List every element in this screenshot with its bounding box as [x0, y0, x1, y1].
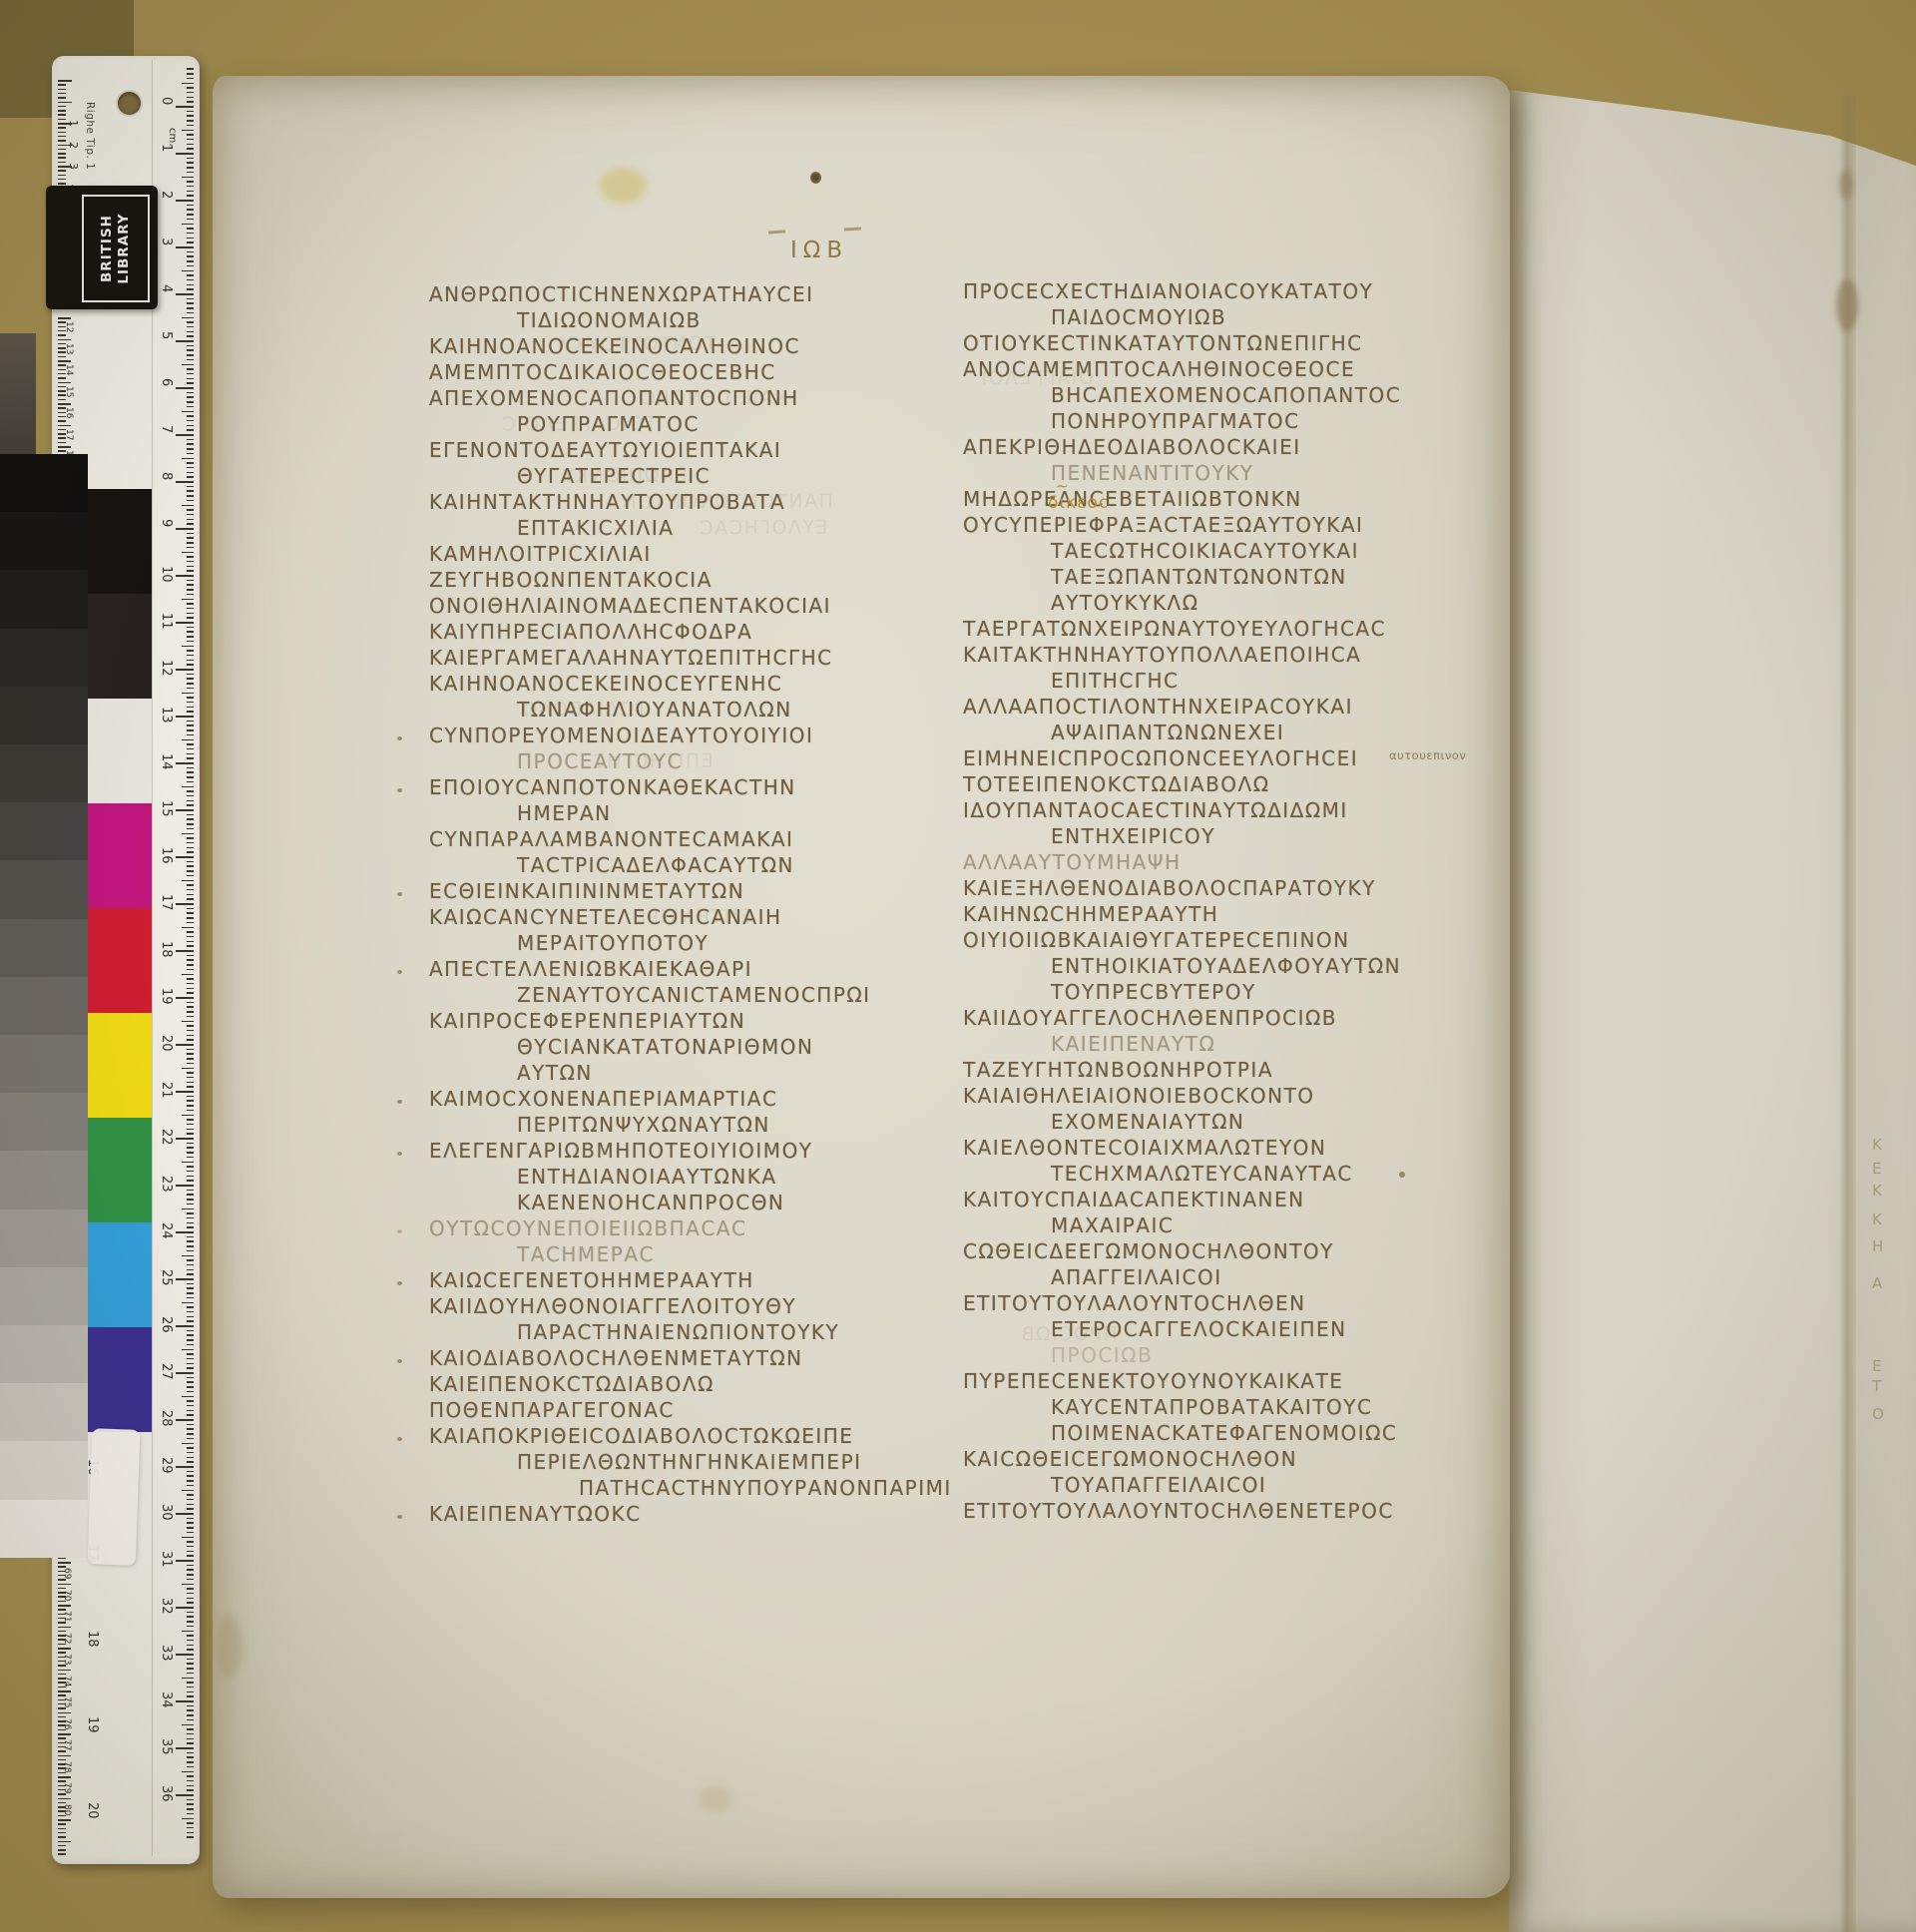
- grayscale-step: [0, 802, 88, 860]
- grayscale-step: [0, 744, 88, 802]
- text-column-right: ΠΡΟCΕCΧΕCΤΗΔΙΑΝΟΙΑCΟΥΚΑΤΑΤΟΥΠΑΙΔΟCΜΟΥΙΩΒ…: [963, 279, 1401, 1525]
- ruler-tick: [187, 861, 194, 863]
- ruler-tick: [187, 1799, 194, 1801]
- edge-letter: Η: [1872, 1237, 1883, 1255]
- ruler-tick: [187, 186, 194, 188]
- ruler-tick: [187, 349, 194, 351]
- text-line: ΠΥΡΕΠΕCΕΝΕΚΤΟΥΟΥΝΟΥΚΑΙΚΑΤΕ: [963, 1369, 1401, 1395]
- text-line: ΚΑΙΥΠΗΡΕCΙΑΠΟΛΛΗCΦΟΔΡΑ: [429, 620, 952, 646]
- ruler-tick: [182, 1443, 194, 1445]
- ruler-tick: [187, 1424, 194, 1426]
- ruler-tick: [187, 1508, 194, 1510]
- text-line: ΤΑΖΕΥΓΗΤΩΝΒΟΩΝΗΡΟΤΡΙΑ: [963, 1058, 1401, 1084]
- ruler-tick: [58, 1823, 66, 1825]
- ruler-number: 16: [159, 847, 174, 864]
- ruler-tick: [187, 514, 194, 516]
- ruler-tick: [187, 1471, 194, 1473]
- ruler-tick: [187, 533, 194, 535]
- text-line: ΤΑΕCΩΤΗCΟΙΚΙΑCΑΥΤΟΥΚΑΙ: [963, 539, 1401, 565]
- text-line: ΕΛΕΓΕΝΓΑΡΙΩΒΜΗΠΟΤΕΟΙΥΙΟΙΜΟΥ: [429, 1139, 952, 1165]
- ruler-tick: [176, 1278, 194, 1280]
- text-line: ΕΝΤΗΔΙΑΝΟΙΑΑΥΤΩΝΚΑ: [429, 1165, 952, 1191]
- text-line: ΚΑΙCΩΘΕΙCΕΓΩΜΟΝΟCΗΛΘΟΝ: [963, 1447, 1401, 1473]
- ruler-tick: [187, 1259, 194, 1261]
- ruler-tick: [187, 1400, 194, 1402]
- color-patch-red: [88, 908, 152, 1013]
- ruler-tick: [176, 200, 194, 202]
- ruler-tick: [187, 1297, 194, 1299]
- ruler-tick: [187, 1306, 194, 1308]
- ruler-tick: [187, 1105, 194, 1107]
- ruler-tick: [187, 988, 194, 990]
- ruler-tick: [187, 298, 194, 300]
- ruler-tick: [187, 767, 194, 769]
- paragraphos-dot: [397, 1229, 402, 1233]
- ruler-number: 70: [62, 1590, 72, 1601]
- ruler-tick: [187, 1428, 194, 1430]
- ruler-tick: [187, 265, 194, 267]
- ruler-tick: [187, 1344, 194, 1346]
- ruler-tick: [187, 238, 194, 240]
- text-line: ΚΑΙΑΙΘΗΛΕΙΑΙΟΝΟΙΕΒΟCΚΟΝΤΟ: [963, 1084, 1401, 1110]
- ruler-tick: [187, 139, 194, 141]
- ruler-tick: [187, 702, 194, 704]
- ruler-tick: [182, 364, 194, 366]
- ruler-tick: [187, 101, 194, 103]
- ruler-tick: [187, 894, 194, 896]
- ruler-tick: [187, 382, 194, 384]
- ruler-tick: [187, 1775, 194, 1777]
- ruler-tick: [176, 434, 194, 436]
- ruler-tick: [187, 1353, 194, 1355]
- ruler-tick: [187, 92, 194, 94]
- paragraphos-dot: [397, 1152, 402, 1156]
- text-line: ΑΥΤΩΝ: [429, 1061, 952, 1087]
- ruler-tick: [58, 1733, 71, 1735]
- ruler-tick: [187, 500, 194, 502]
- ruler-tick: [187, 1733, 194, 1735]
- grayscale-step: [0, 570, 88, 628]
- ruler-number: 2: [67, 142, 80, 149]
- text-line: ΕΓΕΝΟΝΤΟΔΕΑΥΤΩΥΙΟΙΕΠΤΑΚΑΙ: [429, 438, 952, 464]
- ruler-tick: [187, 1602, 194, 1604]
- ruler-tick: [58, 1690, 71, 1692]
- text-line: ΖΕΥΓΗΒΟΩΝΠΕΝΤΑΚΟCΙΑ: [429, 568, 952, 594]
- ruler-tick: [58, 132, 66, 134]
- ruler-tick: [187, 1339, 194, 1341]
- photograph-of-manuscript: { "manuscript": { "title": "ΙΩΒ", "margi…: [0, 0, 1916, 1932]
- ruler-tick: [187, 241, 194, 243]
- ruler-tick: [187, 453, 194, 455]
- paragraphos-dot: [397, 1281, 402, 1285]
- paragraphos-dot: [397, 892, 402, 896]
- ruler-tick: [187, 1292, 194, 1294]
- ruler-tick: [187, 1555, 194, 1557]
- ruler-tick: [187, 1738, 194, 1740]
- ruler-number: 31: [159, 1551, 174, 1568]
- ruler-tick: [187, 818, 194, 820]
- ruler-tick: [187, 1687, 194, 1689]
- ruler-tick: [58, 1584, 71, 1586]
- ruler-tick: [187, 326, 194, 328]
- ruler-tick: [187, 1217, 194, 1219]
- ruler-tick: [187, 1522, 194, 1524]
- text-line: ΑΝΟCΑΜΕΜΠΤΟCΑΛΗΘΙΝΟCΘΕΟCΕ: [963, 357, 1401, 383]
- ruler-tick: [187, 1574, 194, 1576]
- ruler-tick: [187, 1766, 194, 1768]
- ruler-tick: [187, 1612, 194, 1614]
- ruler-tick: [187, 1110, 194, 1112]
- ruler-tick: [58, 102, 72, 104]
- ruler-tick: [187, 1250, 194, 1252]
- ruler-tick: [187, 284, 194, 286]
- grayscale-step: [0, 1035, 88, 1093]
- ruler-tick: [187, 354, 194, 356]
- text-line: ΤΩΝΑΦΗΛΙΟΥΑΝΑΤΟΛΩΝ: [429, 698, 952, 724]
- paragraphos-dot: [397, 1359, 402, 1363]
- text-line: ΑΜΕΜΠΤΟCΔΙΚΑΙΟCΘΕΟCΕΒΗC: [429, 360, 952, 386]
- ruler-tick: [187, 641, 194, 643]
- ruler-number: 11: [159, 613, 174, 630]
- ruler-number: 76: [62, 1718, 72, 1729]
- ruler-number: 13: [64, 343, 74, 354]
- gutter-fold: [1840, 96, 1856, 1932]
- grayscale-step: [0, 1267, 88, 1325]
- ruler-tick: [58, 1670, 71, 1672]
- text-line: ΟΝΟΙΘΗΛΙΑΙΝΟΜΑΔΕCΠΕΝΤΑΚΟCΙΑΙ: [429, 594, 952, 620]
- ruler-tick: [176, 997, 194, 999]
- ruler-tick: [58, 140, 66, 142]
- ruler-tick: [58, 1828, 66, 1830]
- ruler-tick: [187, 1273, 194, 1275]
- ruler-tick: [187, 415, 194, 417]
- ruler-tick: [187, 1176, 194, 1178]
- ruler-tick: [182, 1396, 194, 1398]
- ruler-tick: [187, 1475, 194, 1477]
- text-line: ΚΑΙΜΟCΧΟΝΕΝΑΠΕΡΙΑΜΑΡΤΙΑC: [429, 1087, 952, 1113]
- ruler-tick: [187, 1212, 194, 1214]
- ruler-number: 16: [64, 407, 74, 418]
- ruler-tick: [187, 1663, 194, 1665]
- color-patch-green: [88, 1118, 152, 1222]
- ruler-tick: [187, 1461, 194, 1463]
- ruler-tick: [182, 927, 194, 929]
- ruler-tick: [187, 1714, 194, 1716]
- paragraphos-dot: [397, 736, 402, 740]
- ruler-tick: [187, 1377, 194, 1379]
- ruler-tick: [187, 1147, 194, 1149]
- paragraphos-dot: [397, 1515, 402, 1519]
- ruler-tick: [58, 334, 66, 336]
- ruler-number: 20: [85, 1802, 100, 1819]
- ruler-tick: [187, 1485, 194, 1487]
- ruler-number: 12: [64, 321, 74, 332]
- ruler-tick: [187, 800, 194, 802]
- text-line: CΥΝΠΟΡΕΥΟΜΕΝΟΙΔΕΑΥΤΟΥΟΙΥΙΟΙ: [429, 724, 952, 749]
- ruler-tick: [187, 636, 194, 638]
- ruler-tick: [187, 650, 194, 652]
- ruler-tick: [187, 1180, 194, 1182]
- ruler-tick: [58, 157, 66, 159]
- ruler-tick: [187, 1499, 194, 1501]
- ruler-tick: [58, 382, 71, 384]
- ruler-tick: [187, 931, 194, 933]
- text-line: ΤΑCΤΡΙCΑΔΕΛΦΑCΑΥΤΩΝ: [429, 853, 952, 879]
- ruler-tick: [187, 1100, 194, 1102]
- text-line: ΒΗCΑΠΕΧΟΜΕΝΟCΑΠΟΠΑΝΤΟC: [963, 383, 1401, 409]
- ruler-tick: [187, 439, 194, 441]
- text-line: ΗΜΕΡΑΝ: [429, 801, 952, 827]
- ruler-tick: [176, 481, 194, 483]
- label-text: BRITISH LIBRARY: [84, 197, 148, 300]
- grayscale-step: [0, 629, 88, 687]
- ruler-tick: [187, 969, 194, 971]
- ruler-tick: [182, 1255, 194, 1257]
- ruler-tick: [187, 1245, 194, 1247]
- ruler-tick: [187, 922, 194, 924]
- ruler-tick: [176, 1372, 194, 1374]
- ruler-tick: [187, 486, 194, 488]
- ruler-tick: [187, 1695, 194, 1697]
- ruler-number: 2: [159, 191, 174, 199]
- yellow-stain: [599, 168, 647, 204]
- text-line: ΚΑΙΕΞΗΛΘΕΝΟΔΙΑΒΟΛΟCΠΑΡΑΤΟΥΚΥ: [963, 876, 1401, 902]
- ruler-tick: [187, 476, 194, 478]
- ruler-tick: [187, 664, 194, 666]
- text-line: ΑΥΤΟΥΚΥΚΛΩ: [963, 591, 1401, 617]
- ruler-tick: [187, 1330, 194, 1332]
- ruler-tick: [58, 170, 66, 172]
- ruler-number: 74: [62, 1676, 72, 1687]
- ruler-tick: [187, 1565, 194, 1567]
- ruler-tick: [187, 1668, 194, 1670]
- text-line: ΤΑΕΞΩΠΑΝΤΩΝΤΩΝΟΝΤΩΝ: [963, 565, 1401, 591]
- ruler-tick: [187, 660, 194, 662]
- ruler-tick: [187, 1391, 194, 1393]
- text-line: ΠΑΤΗCΑCΤΗΝΥΠΟΥΡΑΝΟΝΠΑΡΙΜΙ: [429, 1476, 952, 1502]
- ruler-tick: [187, 181, 194, 183]
- text-line: ΟΥCΥΠΕΡΙΕΦΡΑΞΑCΤΑΕΞΩΑΥΤΟΥΚΑΙ: [963, 513, 1401, 539]
- ruler-tick: [187, 955, 194, 957]
- ruler-tick: [187, 1236, 194, 1238]
- ruler-tick: [187, 260, 194, 262]
- ruler-tick: [176, 1138, 194, 1140]
- ruler-tick: [187, 627, 194, 629]
- ruler-tick: [187, 87, 194, 89]
- ruler-tick: [187, 837, 194, 839]
- text-line: ΕΤΙΤΟΥΤΟΥΛΑΛΟΥΝΤΟCΗΛΘΕΝΕΤΕΡΟC: [963, 1499, 1401, 1525]
- ruler-tick: [58, 1836, 66, 1838]
- ruler-tick: [187, 392, 194, 394]
- color-patch-magenta: [88, 803, 152, 908]
- ruler-tick: [187, 776, 194, 778]
- ruler-number: 15: [64, 386, 74, 397]
- ruler-number: 24: [159, 1222, 174, 1239]
- ruler-tick: [58, 317, 71, 319]
- ruler-tick: [182, 739, 194, 741]
- ruler-tick: [187, 495, 194, 497]
- ruler-tick: [182, 1771, 194, 1773]
- ruler-tick: [187, 1709, 194, 1711]
- grayscale-step: [0, 512, 88, 570]
- text-line: ΤΟΥΑΠΑΓΓΕΙΛΑΙCΟΙ: [963, 1473, 1401, 1499]
- ruler-tick: [58, 80, 72, 82]
- ruler-tick: [187, 1719, 194, 1721]
- ruler-tick: [187, 251, 194, 253]
- ruler-tick: [187, 1803, 194, 1805]
- text-line: ΤΕCΗΧΜΑΛΩΤΕΥCΑΝΑΥΤΑC: [963, 1162, 1401, 1188]
- ruler-tick: [182, 83, 194, 85]
- text-line: ΟΥΤΩCΟΥΝΕΠΟΙΕΙΙΩΒΠΑCΑC: [429, 1216, 952, 1242]
- ruler-tick: [176, 1513, 194, 1515]
- ruler-tick: [187, 547, 194, 549]
- ruler-tick: [187, 678, 194, 680]
- ruler-number: 3: [159, 238, 174, 245]
- ruler-tick: [182, 1678, 194, 1680]
- text-line: ΠΑΙΔΟCΜΟΥΙΩΒ: [963, 305, 1401, 331]
- ruler-tick: [58, 339, 71, 341]
- ruler-tick: [187, 617, 194, 619]
- ruler-tick: [187, 1072, 194, 1074]
- ruler-tick: [187, 566, 194, 568]
- ruler-tick: [182, 1302, 194, 1304]
- ruler-tick: [176, 622, 194, 624]
- ruler-tick: [187, 1433, 194, 1435]
- ruler-tick: [187, 898, 194, 900]
- blank-sticker: [88, 1428, 141, 1566]
- ruler-tick: [176, 669, 194, 671]
- ruler-tick: [187, 1204, 194, 1206]
- paragraphos-dot: [397, 1100, 402, 1104]
- ruler-tick: [58, 420, 66, 422]
- ruler-tick: [182, 1021, 194, 1023]
- ruler-tick: [58, 136, 66, 138]
- text-line: ΟΙΥΙΟΙΙΩΒΚΑΙΑΙΘΥΓΑΤΕΡΕCΕΠΙΝΟΝ: [963, 928, 1401, 954]
- ruler-tick: [187, 1363, 194, 1365]
- ruler-tick: [187, 1593, 194, 1595]
- text-line: ΚΑΙΩCΑΝCΥΝΕΤΕΛΕCΘΗCΑΝΑΙΗ: [429, 905, 952, 931]
- ruler-tick: [187, 724, 194, 726]
- edge-letter: Τ: [1872, 1377, 1881, 1395]
- text-line: ΚΑΕΝΕΝΟΗCΑΝΠΡΟCΘΝ: [429, 1191, 952, 1216]
- ruler-tick: [187, 734, 194, 736]
- ruler-tick: [187, 255, 194, 257]
- ruler-tick: [187, 936, 194, 938]
- ruler-tick: [187, 1035, 194, 1037]
- ruler-number: 33: [159, 1645, 174, 1662]
- ruler-tick: [187, 1194, 194, 1196]
- ruler-tick: [187, 1785, 194, 1787]
- ruler-tick: [187, 1025, 194, 1027]
- text-line: ΜΑΧΑΙΡΑΙC: [963, 1213, 1401, 1239]
- ruler-tick: [187, 753, 194, 755]
- text-line: ΚΑΙΕΡΓΑΜΕΓΑΛΑΗΝΑΥΤΩΕΠΙΤΗCΓΗC: [429, 646, 952, 672]
- ruler-tick: [187, 1546, 194, 1548]
- ruler-tick: [187, 420, 194, 422]
- ruler-tick: [187, 908, 194, 910]
- ruler-tick: [187, 1705, 194, 1707]
- ruler-tick: [187, 396, 194, 398]
- ruler-tick: [187, 851, 194, 853]
- ruler-tick: [187, 959, 194, 961]
- text-line: ΡΟΥΠΡΑΓΜΑΤΟC: [429, 412, 952, 438]
- ruler-tick: [187, 941, 194, 943]
- ruler-tick: [187, 1480, 194, 1482]
- ruler-number: 19: [159, 988, 174, 1005]
- text-line: ΚΑΙΙΔΟΥΗΛΘΟΝΟΙΑΓΓΕΛΟΙΤΟΥΘΥ: [429, 1294, 952, 1320]
- ruler-tick: [187, 1006, 194, 1008]
- ruler-tick: [187, 743, 194, 745]
- ruler-tick: [187, 401, 194, 403]
- ruler-number: 18: [85, 1631, 100, 1648]
- ruler-tick: [176, 1419, 194, 1421]
- ruler-tick: [187, 1541, 194, 1543]
- ruler-tick: [187, 68, 194, 70]
- ruler-tick: [58, 127, 66, 129]
- ruler-tick: [187, 1119, 194, 1121]
- text-line: ΕΤΙΤΟΥΤΟΥΛΑΛΟΥΝΤΟCΗΛΘΕΝ: [963, 1291, 1401, 1317]
- ruler-tick: [187, 1836, 194, 1838]
- ruler-tick: [182, 880, 194, 882]
- ruler-tick: [176, 153, 194, 155]
- ruler-tick: [176, 1654, 194, 1656]
- text-line: ΑΝΘΡΩΠΟCΤΙCΗΝΕΝΧΩΡΑΤΗΑΥCΕΙ: [429, 282, 952, 308]
- text-line: ΚΑΙΗΝΤΑΚΤΗΝΗΑΥΤΟΥΠΡΟΒΑΤΑ: [429, 490, 952, 516]
- ruler-tick: [182, 552, 194, 554]
- text-line: ΤΑCΗΜΕΡΑC: [429, 1242, 952, 1268]
- ruler-tick: [58, 442, 66, 444]
- text-line: ΑΠΑΓΓΕΙΛΑΙCΟΙ: [963, 1265, 1401, 1291]
- ruler-number: 27: [159, 1363, 174, 1380]
- ruler-tick: [187, 1682, 194, 1684]
- ruler-tick: [187, 1457, 194, 1459]
- grayscale-step: [0, 860, 88, 918]
- ruler-number: 5: [159, 331, 174, 339]
- ruler-tick: [187, 683, 194, 685]
- ruler-tick: [187, 1320, 194, 1322]
- ruler-tick: [182, 1115, 194, 1117]
- ruler-tick: [176, 1185, 194, 1187]
- ruler-tick: [187, 1616, 194, 1618]
- ruler-number: 71: [62, 1611, 72, 1622]
- ruler-tick: [187, 721, 194, 723]
- ruler-tick: [187, 523, 194, 525]
- edge-letter: Ε: [1872, 1357, 1881, 1375]
- ruler-tick: [187, 448, 194, 450]
- label-frame: BRITISH LIBRARY: [82, 195, 150, 302]
- ruler-tick: [182, 317, 194, 319]
- text-line: ΚΑΙΤΑΚΤΗΝΗΑΥΤΟΥΠΟΛΛΑΕΠΟΙΗCΑ: [963, 643, 1401, 669]
- ruler-tick: [187, 711, 194, 713]
- ruler-tick: [182, 1490, 194, 1492]
- ruler-number: 1: [67, 120, 80, 127]
- ruler-tick: [187, 1673, 194, 1675]
- ruler-tick: [182, 1724, 194, 1726]
- ruler-number: 14: [159, 753, 174, 770]
- ruler-tick: [187, 1691, 194, 1693]
- ruler-tick: [187, 631, 194, 633]
- text-line: ΚΑΥCΕΝΤΑΠΡΟΒΑΤΑΚΑΙΤΟΥC: [963, 1395, 1401, 1421]
- ruler-tick: [58, 149, 66, 151]
- grayscale-step: [0, 1209, 88, 1267]
- text-line: ΕΙΜΗΝΕΙCΠΡΟCΩΠΟΝCΕΕΥΛΟΓΗCΕΙ: [963, 746, 1401, 772]
- ruler-hanging-hole: [118, 92, 141, 115]
- text-line: ΕΧΟΜΕΝΑΙΑΥΤΩΝ: [963, 1110, 1401, 1136]
- ruler-tick: [187, 992, 194, 994]
- text-line: CΩΘΕΙCΔΕΕΓΩΜΟΝΟCΗΛΘΟΝΤΟΥ: [963, 1239, 1401, 1265]
- ruler-tick: [176, 106, 194, 108]
- ruler-tick: [187, 884, 194, 886]
